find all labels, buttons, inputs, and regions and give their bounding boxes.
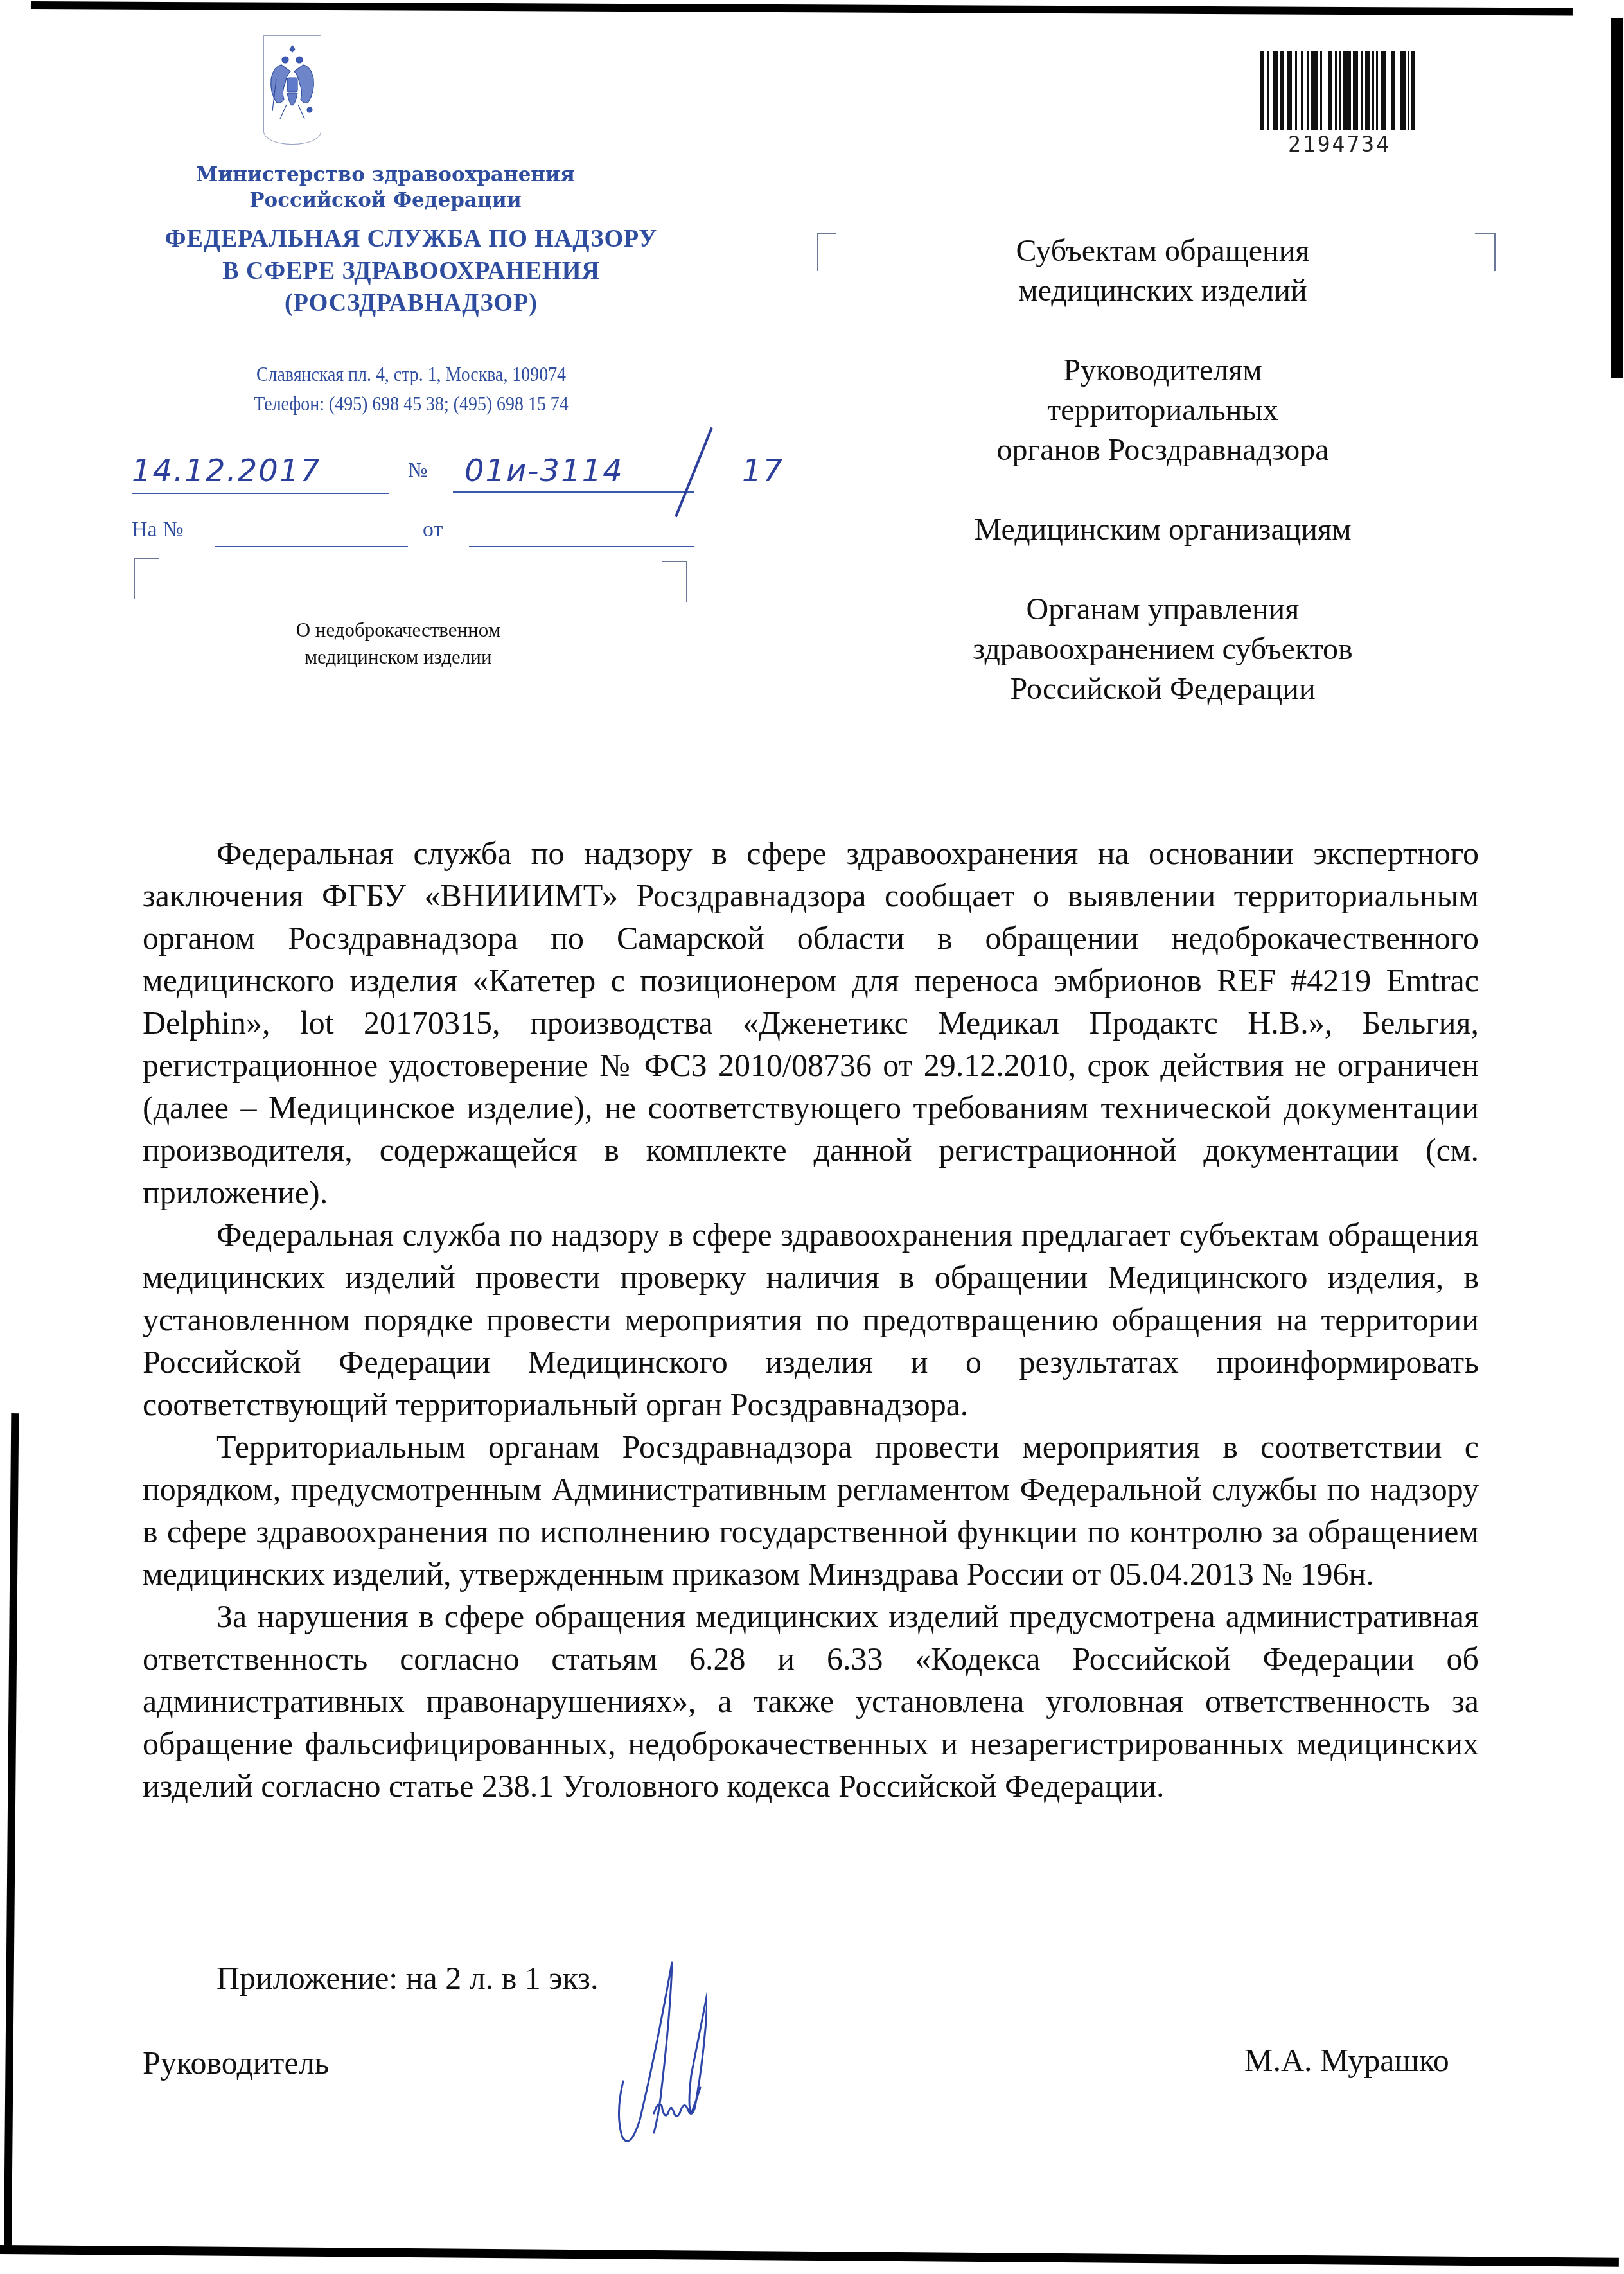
body-paragraph: Федеральная служба по надзору в сфере зд… <box>143 1213 1479 1425</box>
reply-date-blank <box>469 546 694 547</box>
subject: О недоброкачественном медицинском издели… <box>193 617 604 671</box>
barcode-number: 2194734 <box>1288 132 1391 157</box>
double-headed-eagle-icon <box>267 40 317 137</box>
subject-line: О недоброкачественном <box>193 617 604 644</box>
attachment-note: Приложение: на 2 л. в 1 экз. <box>216 1959 599 1996</box>
registration-number: 01и-3114 <box>453 453 694 493</box>
signatory-name: М.А. Мурашко <box>1244 2041 1449 2079</box>
address-block: Славянская пл. 4, стр. 1, Москва, 109074… <box>186 360 637 419</box>
address-line: Славянская пл. 4, стр. 1, Москва, 109074 <box>186 360 637 389</box>
phone-line: Телефон: (495) 698 45 38; (495) 698 15 7… <box>186 389 637 419</box>
handwritten-signature-icon <box>617 1959 707 2152</box>
registration-line: 14.12.2017 № 01и-3114 <box>132 453 710 498</box>
recipient: Руководителям территориальных органов Ро… <box>854 351 1471 470</box>
body-paragraph: Федеральная служба по надзору в сфере зд… <box>143 832 1479 1213</box>
reply-number-blank <box>215 546 408 547</box>
barcode-icon <box>1260 51 1453 132</box>
scan-edge-left <box>4 1413 19 2248</box>
signatory-title: Руководитель <box>143 2044 329 2081</box>
recipient: Субъектам обращения медицинских изделий <box>854 231 1471 311</box>
scan-edge-bottom <box>0 2245 1619 2267</box>
body-paragraph: Территориальным органам Росздравнадзора … <box>143 1425 1479 1595</box>
recipient: Органам управления здравоохранением субъ… <box>854 590 1471 709</box>
reply-date-label: от <box>423 518 443 542</box>
recipient-line: Органам управления <box>854 590 1471 630</box>
recipient-line: Субъектам обращения <box>854 231 1471 271</box>
ministry-line: Министерство здравоохранения <box>161 162 610 188</box>
recipients-block: Субъектам обращения медицинских изделий … <box>854 231 1471 749</box>
letter-body: Федеральная служба по надзору в сфере зд… <box>143 832 1479 1807</box>
service-line: В СФЕРЕ ЗДРАВООХРАНЕНИЯ <box>148 254 674 286</box>
number-label: № <box>408 458 428 482</box>
recipient-line: территориальных <box>854 391 1471 430</box>
scan-edge-top <box>31 1 1573 15</box>
recipient-line: медицинских изделий <box>854 271 1471 311</box>
recipient-line: здравоохранением субъектов <box>854 630 1471 669</box>
russian-coat-of-arms-icon <box>263 35 322 154</box>
registration-date: 14.12.2017 <box>132 453 389 494</box>
corner-mark <box>817 233 836 271</box>
service-name: ФЕДЕРАЛЬНАЯ СЛУЖБА ПО НАДЗОРУ В СФЕРЕ ЗД… <box>148 222 674 318</box>
ministry-name: Министерство здравоохранения Российской … <box>161 162 610 213</box>
recipient-line: Медицинским организациям <box>854 510 1471 550</box>
recipient: Медицинским организациям <box>854 510 1471 550</box>
corner-mark <box>134 558 159 599</box>
recipient-line: Российской Федерации <box>854 669 1471 709</box>
body-paragraph: За нарушения в сфере обращения медицинск… <box>143 1595 1479 1807</box>
service-line: (РОСЗДРАВНАДЗОР) <box>148 286 674 318</box>
recipient-line: Руководителям <box>854 351 1471 391</box>
barcode-bars <box>1260 51 1453 130</box>
recipient-line: органов Росздравнадзора <box>854 430 1471 470</box>
corner-mark <box>662 561 687 602</box>
registration-number-suffix: 17 <box>742 453 784 489</box>
scan-edge-right <box>1611 18 1623 378</box>
subject-line: медицинском изделии <box>193 644 604 671</box>
ministry-line: Российской Федерации <box>161 188 610 213</box>
reply-number-label: На № <box>132 518 184 542</box>
reply-reference-line: На № от <box>132 514 697 552</box>
service-line: ФЕДЕРАЛЬНАЯ СЛУЖБА ПО НАДЗОРУ <box>148 222 674 254</box>
corner-mark <box>1475 233 1496 271</box>
